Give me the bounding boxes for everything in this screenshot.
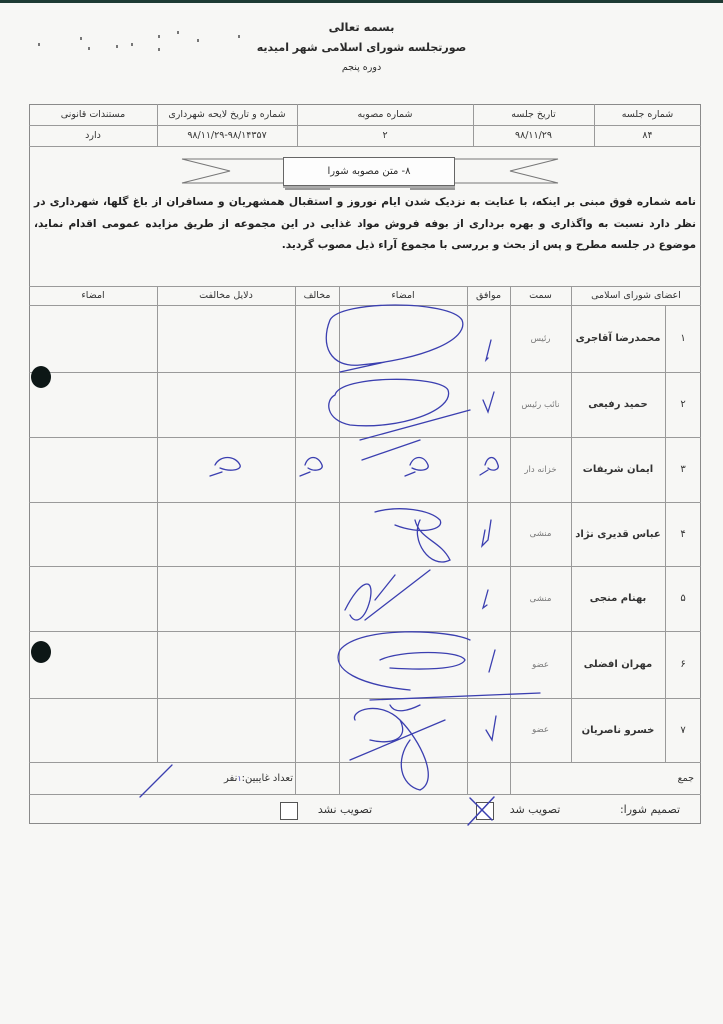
resolution-banner: ۸- متن مصوبه شورا <box>180 153 560 193</box>
absent-count-unit: نفر <box>224 773 237 784</box>
bill-number-date-value: ۹۸/۱۱/۲۹-۹۸/۱۴۳۵۷ <box>157 125 297 146</box>
doc-term: دوره پنجم <box>0 62 723 73</box>
row-number: ۶ <box>665 631 701 698</box>
session-date-value: ۹۸/۱۱/۲۹ <box>473 125 594 146</box>
col-role: سمت <box>510 286 571 305</box>
approved-label: تصویب شد <box>495 794 575 824</box>
col-agree: موافق <box>467 286 510 305</box>
member-name: محمدرضا آقاجری <box>571 305 665 372</box>
member-role: منشی <box>510 502 571 566</box>
member-role: خزانه دار <box>510 437 571 502</box>
member-role: عضو <box>510 698 571 762</box>
header-resolution-number: شماره مصوبه <box>297 104 473 125</box>
scan-top-edge <box>0 0 723 3</box>
member-name: مهران افضلی <box>571 631 665 698</box>
col-oppose-reasons: دلایل مخالفت <box>157 286 295 305</box>
member-role: نائب رئیس <box>510 372 571 437</box>
punch-hole <box>31 366 51 388</box>
col-signature-2: امضاء <box>29 286 157 305</box>
header-legal-basis: مستندات قانونی <box>29 104 157 125</box>
punch-hole <box>31 641 51 663</box>
absent-count-value: ۱ <box>237 774 241 783</box>
col-signature: امضاء <box>339 286 467 305</box>
member-name: عباس قدیری نژاد <box>571 502 665 566</box>
rejected-label: تصویب نشد <box>300 794 390 824</box>
rejected-checkbox[interactable] <box>280 802 298 820</box>
member-name: حمید رفیعی <box>571 372 665 437</box>
row-number: ۵ <box>665 566 701 631</box>
total-label: جمع <box>510 762 698 794</box>
legal-basis-value: دارد <box>29 125 157 146</box>
resolution-number-value: ۲ <box>297 125 473 146</box>
col-member: اعضای شورای اسلامی <box>571 286 701 305</box>
banner-title: ۸- متن مصوبه شورا <box>283 157 455 186</box>
member-role: رئیس <box>510 305 571 372</box>
absent-count: تعداد غایبین: ۱ نفر <box>100 762 293 794</box>
member-role: عضو <box>510 631 571 698</box>
header-session-number: شماره جلسه <box>594 104 701 125</box>
session-number-value: ۸۴ <box>594 125 701 146</box>
row-number: ۱ <box>665 305 701 372</box>
col-oppose: مخالف <box>295 286 339 305</box>
row-number: ۷ <box>665 698 701 762</box>
member-name: ایمان شریفات <box>571 437 665 502</box>
resolution-text: نامه شماره فوق مبنی بر اینکه، با عنایت ب… <box>34 192 696 257</box>
absent-count-label: تعداد غایبین: <box>242 773 293 784</box>
decision-label: تصمیم شورا: <box>600 794 700 824</box>
member-role: منشی <box>510 566 571 631</box>
member-name: بهنام منجی <box>571 566 665 631</box>
member-name: خسرو ناصریان <box>571 698 665 762</box>
header-session-date: تاریخ جلسه <box>473 104 594 125</box>
row-number: ۲ <box>665 372 701 437</box>
header-bill-number-date: شماره و تاریخ لایحه شهرداری <box>157 104 297 125</box>
approved-checkbox[interactable] <box>476 802 494 820</box>
row-number: ۳ <box>665 437 701 502</box>
doc-invocation: بسمه تعالی <box>0 20 723 34</box>
doc-title: صورتجلسه شورای اسلامی شهر امیدیه <box>0 41 723 54</box>
row-number: ۴ <box>665 502 701 566</box>
